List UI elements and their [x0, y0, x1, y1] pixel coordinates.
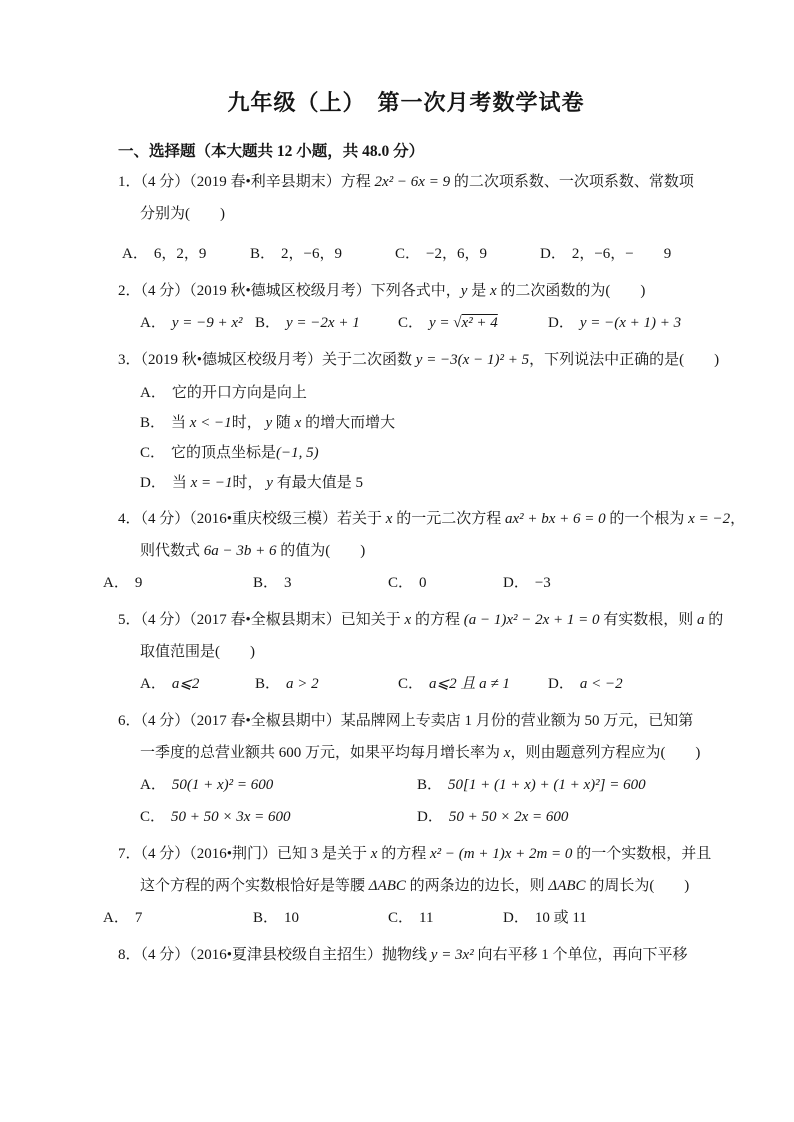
option-a: A．a⩽2 — [140, 668, 255, 700]
option-c: C．50 + 50 × 3x = 600 — [140, 801, 417, 833]
stem-line: 8．（4 分）（2016•夏津县校级自主招生）抛物线 y = 3x² 向右平移 … — [118, 939, 694, 971]
stem-text: 的方程 — [411, 612, 464, 628]
section-heading: 一、选择题（本大题共 12 小题，共 48.0 分） — [118, 139, 694, 161]
stem-line: 则代数式 6a − 3b + 6 的值为( ) — [118, 535, 694, 567]
question-number: 4． — [118, 511, 141, 527]
question-number: 6． — [118, 713, 141, 729]
stem-text: 一季度的总营业额共 600 万元，如果平均每月增长率为 — [140, 745, 504, 761]
stem-line: 6．（4 分）（2017 春•全椒县期中）某品牌网上专卖店 1 月份的营业额为 … — [118, 705, 694, 737]
option-text: 它的顶点坐标是 — [171, 445, 276, 461]
stem-text: 的二次函数的为( ) — [497, 283, 646, 299]
option-letter: B． — [255, 315, 280, 331]
option-c: C．−2，6，9 — [395, 238, 540, 270]
question-7: 7．（4 分）（2016•荆门）已知 3 是关于 x 的方程 x² − (m +… — [118, 838, 694, 934]
option-letter: B． — [417, 777, 442, 793]
stem-text: 的方程 — [377, 846, 430, 862]
option-math: x = −1 — [191, 475, 233, 491]
stem-text: （4 分）（2016•重庆校级三模）若关于 — [141, 511, 386, 527]
options-row: A．y = −9 + x² B．y = −2x + 1 C．y = √x² + … — [140, 307, 694, 339]
option-letter: A． — [103, 910, 129, 926]
option-math: a⩽2 且 a ≠ 1 — [429, 676, 510, 692]
option-b: B．y = −2x + 1 — [255, 307, 398, 339]
question-number: 5． — [118, 612, 141, 628]
option-text: 有最大值是 5 — [273, 475, 363, 491]
option-d: D．2，−6，− 9 — [540, 238, 671, 270]
stem-math: y = −3(x − 1)² + 5 — [416, 352, 529, 368]
stem-text: ，则由题意列方程应为( ) — [510, 745, 700, 761]
stem-text: ，下列说法中正确的是( ) — [529, 352, 719, 368]
option-c: C．0 — [388, 567, 503, 599]
exam-page: 九年级（上） 第一次月考数学试卷 一、选择题（本大题共 12 小题，共 48.0… — [0, 0, 794, 1122]
stem-text: 向右平移 1 个单位，再向下平移 — [474, 947, 688, 963]
options-row: A．a⩽2 B．a > 2 C．a⩽2 且 a ≠ 1 D．a < −2 — [140, 668, 694, 700]
stem-line: 1．（4 分）（2019 春•利辛县期末）方程 2x² − 6x = 9 的二次… — [118, 166, 694, 198]
option-letter: D． — [140, 475, 166, 491]
stem-text: 则代数式 — [140, 543, 204, 559]
option-math: 50 + 50 × 2x = 600 — [449, 809, 569, 825]
option-text: 时， — [233, 475, 267, 491]
option-text: 随 — [272, 415, 295, 431]
question-number: 3． — [118, 352, 141, 368]
option-a: A．50(1 + x)² = 600 — [140, 769, 417, 801]
question-4: 4．（4 分）（2016•重庆校级三模）若关于 x 的一元二次方程 ax² + … — [118, 503, 694, 599]
question-3: 3．（2019 秋•德城区校级月考）关于二次函数 y = −3(x − 1)² … — [118, 344, 694, 498]
option-d: D．a < −2 — [548, 668, 623, 700]
stem-math: 6a − 3b + 6 — [204, 543, 277, 559]
stem-line: 一季度的总营业额共 600 万元，如果平均每月增长率为 x，则由题意列方程应为(… — [118, 737, 694, 769]
option-d: D．y = −(x + 1) + 3 — [548, 307, 681, 339]
option-math: y = −2x + 1 — [286, 315, 360, 331]
stem-math: ΔABC — [369, 878, 406, 894]
option-b: B．2，−6，9 — [250, 238, 395, 270]
option-b: B．50[1 + (1 + x) + (1 + x)²] = 600 — [417, 769, 694, 801]
option-letter: D． — [503, 910, 529, 926]
stem-text: 取值范围是( ) — [140, 644, 255, 660]
option-c: C．11 — [388, 902, 503, 934]
stem-text: （4 分）（2017 春•全椒县期末）已知关于 — [141, 612, 405, 628]
stem-text: 有实数根，则 — [600, 612, 698, 628]
option-letter: D． — [503, 575, 529, 591]
option-math: a < −2 — [580, 676, 623, 692]
options-stack: A．它的开口方向是向上 B．当 x < −1时， y 随 x 的增大而增大 C．… — [140, 378, 694, 498]
options-row: A．6，2，9 B．2，−6，9 C．−2，6，9 D．2，−6，− 9 — [122, 238, 694, 270]
stem-text: 是 — [467, 283, 490, 299]
radicand-math: x² + 4 — [462, 315, 498, 331]
option-math: a > 2 — [286, 676, 319, 692]
option-text: 当 — [172, 475, 191, 491]
stem-text: （4 分）（2016•荆门）已知 3 是关于 — [141, 846, 371, 862]
stem-text: 的两条边的边长，则 — [406, 878, 549, 894]
option-letter: B． — [255, 676, 280, 692]
stem-math: a — [697, 612, 705, 628]
option-math: y = −9 + x² — [172, 315, 243, 331]
stem-line: 这个方程的两个实数根恰好是等腰 ΔABC 的两条边的边长，则 ΔABC 的周长为… — [118, 870, 694, 902]
option-math: x < −1 — [190, 415, 232, 431]
option-text: 时， — [232, 415, 266, 431]
stem-math: ax² + bx + 6 = 0 — [505, 511, 606, 527]
option-text: 9 — [135, 575, 143, 591]
option-letter: B． — [250, 246, 275, 262]
sqrt-icon: √ — [453, 315, 461, 331]
question-number: 8． — [118, 947, 141, 963]
stem-text: （2019 秋•德城区校级月考）关于二次函数 — [141, 352, 416, 368]
option-letter: D． — [548, 315, 574, 331]
stem-text: ， — [730, 511, 745, 527]
option-text: −3 — [535, 575, 551, 591]
option-c: C．它的顶点坐标是(−1, 5) — [140, 438, 694, 468]
question-1: 1．（4 分）（2019 春•利辛县期末）方程 2x² − 6x = 9 的二次… — [118, 166, 694, 270]
option-d: D．10 或 11 — [503, 902, 587, 934]
stem-text: 的 — [705, 612, 724, 628]
question-number: 7． — [118, 846, 141, 862]
option-b: B．a > 2 — [255, 668, 398, 700]
option-a: A．7 — [103, 902, 253, 934]
stem-text: 的一个根为 — [606, 511, 689, 527]
options-grid: A．50(1 + x)² = 600 B．50[1 + (1 + x) + (1… — [140, 769, 694, 833]
question-2: 2．（4 分）（2019 秋•德城区校级月考）下列各式中，y 是 x 的二次函数… — [118, 275, 694, 339]
option-text: 11 — [419, 910, 433, 926]
option-a: A．6，2，9 — [122, 238, 250, 270]
option-letter: C． — [140, 445, 165, 461]
stem-math: ΔABC — [548, 878, 585, 894]
option-d: D．50 + 50 × 2x = 600 — [417, 801, 694, 833]
stem-text: （4 分）（2017 春•全椒县期中）某品牌网上专卖店 1 月份的营业额为 50… — [141, 713, 694, 729]
option-letter: D． — [540, 246, 566, 262]
options-row: A．7 B．10 C．11 D．10 或 11 — [103, 902, 694, 934]
option-letter: A． — [140, 777, 166, 793]
option-letter: B． — [253, 575, 278, 591]
option-b: B．当 x < −1时， y 随 x 的增大而增大 — [140, 408, 694, 438]
option-a: A．y = −9 + x² — [140, 307, 255, 339]
stem-line: 取值范围是( ) — [118, 636, 694, 668]
option-math: y = −(x + 1) + 3 — [580, 315, 681, 331]
option-letter: A． — [140, 385, 166, 401]
question-5: 5．（4 分）（2017 春•全椒县期末）已知关于 x 的方程 (a − 1)x… — [118, 604, 694, 700]
option-a: A．9 — [103, 567, 253, 599]
option-c: C．a⩽2 且 a ≠ 1 — [398, 668, 548, 700]
stem-line: 2．（4 分）（2019 秋•德城区校级月考）下列各式中，y 是 x 的二次函数… — [118, 275, 694, 307]
option-text: 10 或 11 — [535, 910, 587, 926]
stem-math: x² − (m + 1)x + 2m = 0 — [430, 846, 572, 862]
option-text: 7 — [135, 910, 143, 926]
stem-line: 3．（2019 秋•德城区校级月考）关于二次函数 y = −3(x − 1)² … — [118, 344, 694, 376]
option-letter: A． — [140, 676, 166, 692]
stem-text: 的值为( ) — [277, 543, 366, 559]
stem-math: 2x² − 6x = 9 — [375, 174, 451, 190]
option-letter: C． — [398, 676, 423, 692]
option-text: 当 — [171, 415, 190, 431]
option-math: (−1, 5) — [276, 445, 319, 461]
option-math: 50(1 + x)² = 600 — [172, 777, 273, 793]
stem-math: x = −2 — [688, 511, 730, 527]
option-text: 3 — [284, 575, 292, 591]
stem-text: 的二次项系数、一次项系数、常数项 — [450, 174, 694, 190]
option-text: −2，6，9 — [426, 246, 487, 262]
option-letter: D． — [417, 809, 443, 825]
stem-text: （4 分）（2019 春•利辛县期末）方程 — [141, 174, 375, 190]
option-letter: B． — [253, 910, 278, 926]
option-text: 6，2，9 — [154, 246, 207, 262]
stem-math: (a − 1)x² − 2x + 1 = 0 — [464, 612, 600, 628]
option-a: A．它的开口方向是向上 — [140, 378, 694, 408]
option-text: 0 — [419, 575, 427, 591]
stem-text: 的周长为( ) — [586, 878, 690, 894]
option-letter: A． — [140, 315, 166, 331]
option-letter: C． — [388, 575, 413, 591]
stem-line: 分别为( ) — [118, 198, 694, 230]
question-8: 8．（4 分）（2016•夏津县校级自主招生）抛物线 y = 3x² 向右平移 … — [118, 939, 694, 971]
stem-line: 5．（4 分）（2017 春•全椒县期末）已知关于 x 的方程 (a − 1)x… — [118, 604, 694, 636]
stem-line: 4．（4 分）（2016•重庆校级三模）若关于 x 的一元二次方程 ax² + … — [118, 503, 694, 535]
option-letter: C． — [395, 246, 420, 262]
question-number: 1． — [118, 174, 141, 190]
option-math: 50 + 50 × 3x = 600 — [171, 809, 291, 825]
stem-text: 的一元二次方程 — [392, 511, 505, 527]
option-text: 的增大而增大 — [301, 415, 395, 431]
options-row: A．9 B．3 C．0 D．−3 — [103, 567, 694, 599]
option-text: 10 — [284, 910, 299, 926]
stem-line: 7．（4 分）（2016•荆门）已知 3 是关于 x 的方程 x² − (m +… — [118, 838, 694, 870]
option-letter: D． — [548, 676, 574, 692]
stem-math: x — [490, 283, 497, 299]
stem-text: 这个方程的两个实数根恰好是等腰 — [140, 878, 369, 894]
option-text: 它的开口方向是向上 — [172, 385, 307, 401]
option-math: y — [266, 475, 273, 491]
option-math: a⩽2 — [172, 676, 200, 692]
option-c: C．y = √x² + 4 — [398, 307, 548, 339]
option-math: y = — [429, 315, 453, 331]
stem-text: （4 分）（2019 秋•德城区校级月考）下列各式中， — [141, 283, 461, 299]
option-text: 2，−6，9 — [281, 246, 342, 262]
stem-text: 分别为( ) — [140, 206, 225, 222]
question-number: 2． — [118, 283, 141, 299]
option-math: 50[1 + (1 + x) + (1 + x)²] = 600 — [448, 777, 646, 793]
option-d: D．当 x = −1时， y 有最大值是 5 — [140, 468, 694, 498]
option-b: B．10 — [253, 902, 388, 934]
option-text: 2，−6，− 9 — [572, 246, 671, 262]
option-letter: A． — [122, 246, 148, 262]
option-b: B．3 — [253, 567, 388, 599]
option-letter: C． — [398, 315, 423, 331]
page-title: 九年级（上） 第一次月考数学试卷 — [118, 86, 694, 117]
question-6: 6．（4 分）（2017 春•全椒县期中）某品牌网上专卖店 1 月份的营业额为 … — [118, 705, 694, 833]
stem-text: （4 分）（2016•夏津县校级自主招生）抛物线 — [141, 947, 431, 963]
stem-text: 的一个实数根，并且 — [572, 846, 711, 862]
option-letter: A． — [103, 575, 129, 591]
option-letter: C． — [140, 809, 165, 825]
stem-math: y = 3x² — [431, 947, 474, 963]
option-letter: B． — [140, 415, 165, 431]
option-letter: C． — [388, 910, 413, 926]
option-d: D．−3 — [503, 567, 551, 599]
